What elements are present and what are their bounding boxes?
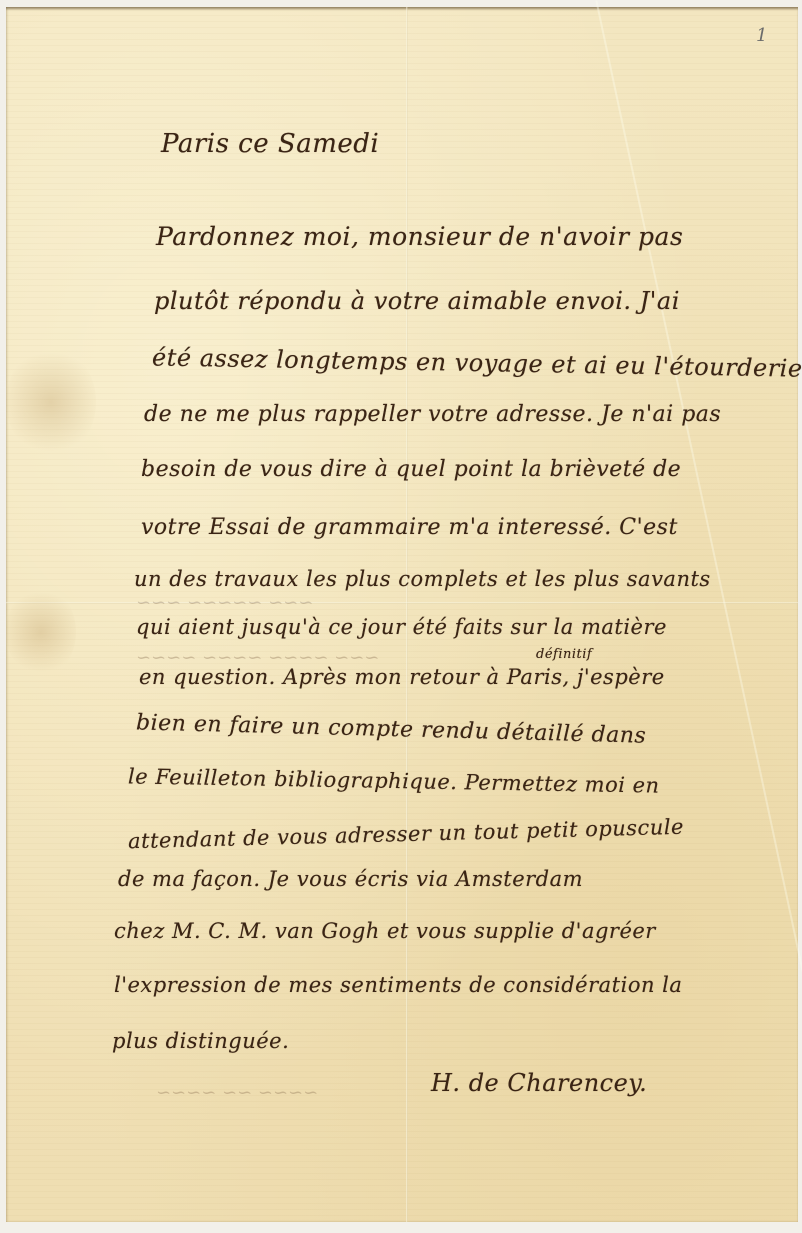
body-line: de ne me plus rappeller votre adresse. J…	[144, 402, 721, 427]
body-line: de ma façon. Je vous écris via Amsterdam	[118, 867, 583, 891]
body-line: plutôt répondu à votre aimable envoi. J'…	[154, 287, 680, 315]
body-line: qui aient jusqu'à ce jour été faits sur …	[136, 615, 667, 639]
body-line: votre Essai de grammaire m'a interessé. …	[141, 515, 678, 540]
signature: H. de Charencey.	[431, 1069, 647, 1097]
page-number: 1	[756, 25, 767, 46]
body-line: en question. Après mon retour à Paris, j…	[139, 665, 665, 689]
letter-page: ~~~ ~~~~~ ~~~ ~~~ ~~~~ ~~~~ ~~~~ ~~~~ ~~…	[6, 7, 798, 1222]
body-line: bien en faire un compte rendu détaillé d…	[136, 710, 647, 748]
body-line: été assez longtemps en voyage et ai eu l…	[152, 343, 802, 382]
stain	[6, 347, 96, 457]
interlinear-insertion: définitif	[536, 647, 592, 662]
date-line: Paris ce Samedi	[161, 129, 379, 159]
stain	[6, 587, 76, 677]
body-line: un des travaux les plus complets et les …	[134, 567, 711, 591]
horizontal-fold-crease	[6, 602, 798, 604]
body-line: le Feuilleton bibliographique. Permettez…	[128, 764, 660, 797]
body-line: l'expression de mes sentiments de consid…	[114, 973, 682, 997]
body-line: chez M. C. M. van Gogh et vous supplie d…	[114, 919, 656, 943]
ink-offset-mark: ~~~~ ~~ ~~~~	[156, 1082, 318, 1103]
ink-offset-mark: ~~~ ~~~~~ ~~~	[136, 592, 313, 613]
body-line: Pardonnez moi, monsieur de n'avoir pas	[156, 222, 683, 251]
body-line: besoin de vous dire à quel point la briè…	[141, 457, 681, 482]
diagonal-fold-crease	[595, 0, 802, 1189]
body-line: plus distinguée.	[112, 1029, 289, 1053]
